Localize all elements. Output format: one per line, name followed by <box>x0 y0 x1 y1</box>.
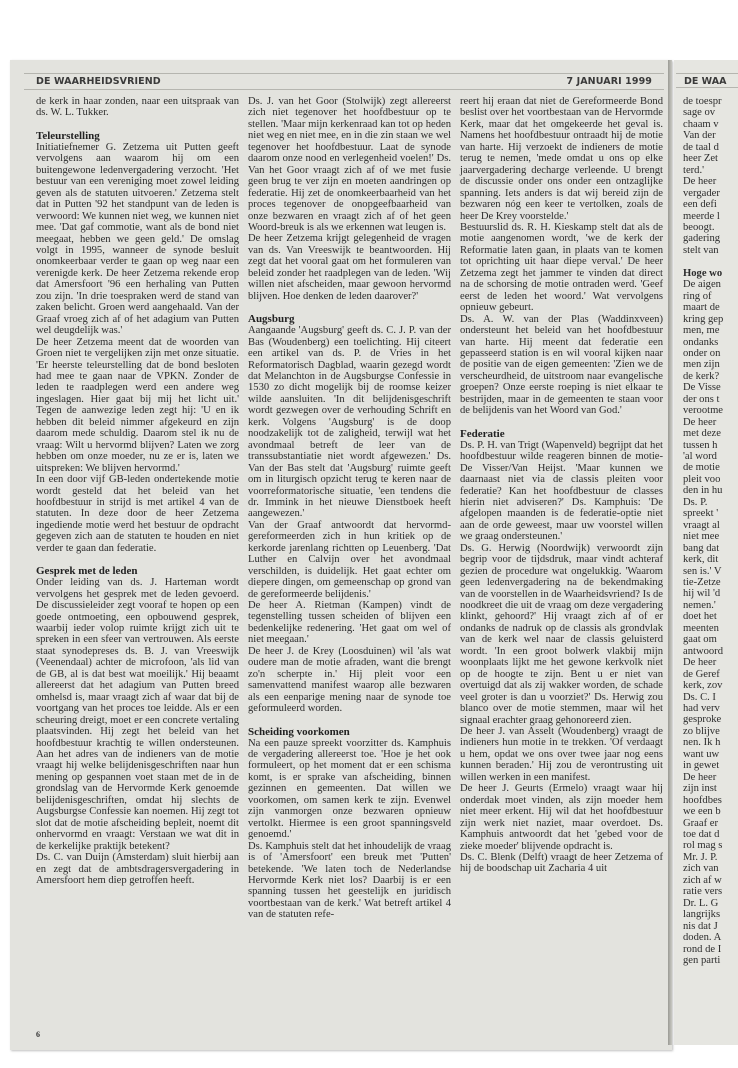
text-line: De aigen <box>683 279 738 290</box>
paragraph: Initiatiefnemer G. Zetzema uit Putten ge… <box>36 142 239 337</box>
article-column-2: Ds. J. van het Goor (Stolwijk) zegt alle… <box>248 96 451 921</box>
section-heading: Augsburg <box>248 313 451 325</box>
paragraph: In een door vijf GB-leden ondertekende m… <box>36 474 239 554</box>
text-line: ring of <box>683 291 738 302</box>
text-line: hij wil 'd <box>683 588 738 599</box>
article-column-1: de kerk in haar zonden, naar een uitspra… <box>36 96 239 886</box>
blank-line <box>683 256 738 267</box>
text-line: stelt van <box>683 245 738 256</box>
text-line: we een b <box>683 806 738 817</box>
text-line: de taal d <box>683 142 738 153</box>
page-header: DE WAARHEIDSVRIEND 7 JANUARI 1999 <box>24 73 664 90</box>
text-line: der ons t <box>683 394 738 405</box>
text-line: tie-Zetze <box>683 577 738 588</box>
page-number: 6 <box>36 1030 40 1039</box>
text-line: met deze <box>683 428 738 439</box>
text-line: De heer <box>683 176 738 187</box>
text-line: Ds. P. <box>683 497 738 508</box>
text-line: verootme <box>683 405 738 416</box>
section-heading: Scheiding voorkomen <box>248 726 451 738</box>
text-line: de motie <box>683 462 738 473</box>
text-line: gen parti <box>683 955 738 966</box>
article-column-3: reert hij eraan dat niet de Gereformeerd… <box>460 96 663 875</box>
paragraph: Ds. J. van het Goor (Stolwijk) zegt alle… <box>248 96 451 233</box>
text-line: pleit voo <box>683 474 738 485</box>
text-line: meerde l <box>683 211 738 222</box>
page-fold-shadow <box>668 60 672 1045</box>
text-line: Graaf er <box>683 818 738 829</box>
text-line: niet mee <box>683 531 738 542</box>
text-line: men zijn <box>683 359 738 370</box>
text-line: terd.' <box>683 165 738 176</box>
issue-date: 7 JANUARI 1999 <box>566 74 652 89</box>
text-line: bang dat <box>683 543 738 554</box>
text-line: chaam v <box>683 119 738 130</box>
text-line: in gewet <box>683 760 738 771</box>
paragraph: Bestuurslid ds. R. H. Kieskamp stelt dat… <box>460 222 663 314</box>
text-line: meenten <box>683 623 738 634</box>
text-line: doet het <box>683 611 738 622</box>
section-heading: Teleurstelling <box>36 130 239 142</box>
paragraph: Ds. Kamphuis stelt dat het inhoudelijk d… <box>248 841 451 921</box>
text-line: zijn inst <box>683 783 738 794</box>
section-heading: Gesprek met de leden <box>36 565 239 577</box>
text-line: sage ov <box>683 107 738 118</box>
paragraph: Ds. C. van Duijn (Amsterdam) sluit hierb… <box>36 852 239 886</box>
paragraph: De heer Zetzema meent dat de woorden van… <box>36 337 239 474</box>
paragraph: De heer J. van Asselt (Woudenberg) vraag… <box>460 726 663 783</box>
text-line: doden. A <box>683 932 738 943</box>
paragraph: Ds. G. Herwig (Noordwijk) verwoordt zijn… <box>460 543 663 726</box>
text-line: nis dat J <box>683 921 738 932</box>
text-line: spreekt ' <box>683 508 738 519</box>
paragraph: De heer J. de Krey (Loosduinen) wil 'als… <box>248 646 451 715</box>
paragraph: De heer A. Rietman (Kampen) vindt de teg… <box>248 600 451 646</box>
paragraph: Na een pauze spreekt voorzitter ds. Kamp… <box>248 738 451 841</box>
paragraph: Onder leiding van ds. J. Harteman wordt … <box>36 577 239 852</box>
text-line: langrijks <box>683 909 738 920</box>
text-line: de toespr <box>683 96 738 107</box>
text-line: De heer <box>683 657 738 668</box>
section-heading: Hoge wo <box>683 268 738 279</box>
text-line: ondanks <box>683 337 738 348</box>
paragraph: Aangaande 'Augsburg' geeft ds. C. J. P. … <box>248 325 451 520</box>
text-line: gesproke <box>683 714 738 725</box>
text-line: De heer <box>683 772 738 783</box>
text-line: kring gep <box>683 314 738 325</box>
text-line: rond de I <box>683 944 738 955</box>
text-line: antwoord <box>683 646 738 657</box>
text-line: nen. Ik h <box>683 737 738 748</box>
text-line: Mr. J. P. <box>683 852 738 863</box>
paragraph: Ds. C. Blenk (Delft) vraagt de heer Zetz… <box>460 852 663 875</box>
text-line: Van der <box>683 130 738 141</box>
text-line: beoogt. <box>683 222 738 233</box>
next-page-header: DE WAA <box>676 73 738 88</box>
text-line: gaat om <box>683 634 738 645</box>
text-line: zo blijve <box>683 726 738 737</box>
text-line: kerk, zov <box>683 680 738 691</box>
paragraph: de kerk in haar zonden, naar een uitspra… <box>36 96 239 119</box>
text-line: 'al word <box>683 451 738 462</box>
text-line: nemen.' <box>683 600 738 611</box>
text-line: had verv <box>683 703 738 714</box>
text-line: den in hu <box>683 485 738 496</box>
paragraph: Van der Graaf antwoordt dat hervormd-ger… <box>248 520 451 600</box>
text-line: kerk, dit <box>683 554 738 565</box>
text-line: hoofdbes <box>683 795 738 806</box>
text-line: tussen h <box>683 440 738 451</box>
text-line: zich van <box>683 863 738 874</box>
text-line: maart de <box>683 302 738 313</box>
paragraph: Ds. P. H. van Trigt (Wapenveld) begrijpt… <box>460 440 663 543</box>
text-line: heer Zet <box>683 153 738 164</box>
text-line: zich af w <box>683 875 738 886</box>
text-line: Dr. L. G <box>683 898 738 909</box>
text-line: rol mag s <box>683 840 738 851</box>
paragraph: De heer Zetzema krijgt gelegenheid de vr… <box>248 233 451 302</box>
text-line: onder on <box>683 348 738 359</box>
text-line: toe dat d <box>683 829 738 840</box>
text-line: want uw <box>683 749 738 760</box>
paragraph: Ds. A. W. van der Plas (Waddinxveen) ond… <box>460 314 663 417</box>
text-line: men, me <box>683 325 738 336</box>
next-page-column-partial: de toesprsage ovchaam vVan derde taal dh… <box>683 96 738 966</box>
text-line: de kerk? <box>683 371 738 382</box>
text-line: ratie vers <box>683 886 738 897</box>
section-heading: Federatie <box>460 428 663 440</box>
text-line: Ds. C. I <box>683 692 738 703</box>
text-line: de Geref <box>683 669 738 680</box>
text-line: een defi <box>683 199 738 210</box>
publication-title: DE WAARHEIDSVRIEND <box>36 74 161 89</box>
text-line: sen is.' V <box>683 566 738 577</box>
text-line: gadering <box>683 233 738 244</box>
text-line: De heer <box>683 417 738 428</box>
paragraph: De heer J. Geurts (Ermelo) vraagt waar h… <box>460 783 663 852</box>
text-line: De Visse <box>683 382 738 393</box>
text-line: vergader <box>683 188 738 199</box>
paragraph: reert hij eraan dat niet de Gereformeerd… <box>460 96 663 222</box>
text-line: vraagt al <box>683 520 738 531</box>
